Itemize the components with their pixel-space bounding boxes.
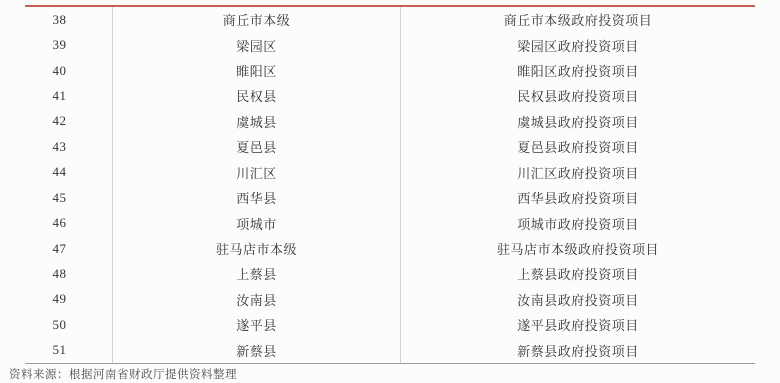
region-cell: 民权县 — [112, 83, 400, 108]
row-number-cell: 38 — [25, 12, 112, 28]
region-cell: 汝南县 — [112, 287, 400, 312]
region-cell: 梁园区 — [112, 32, 400, 57]
row-number-cell: 51 — [25, 342, 112, 358]
region-cell: 遂平县 — [112, 312, 400, 337]
table-row: 41 民权县 民权县政府投资项目 — [25, 83, 755, 108]
project-cell: 西华县政府投资项目 — [400, 185, 755, 210]
table-row: 43 夏邑县 夏邑县政府投资项目 — [25, 134, 755, 159]
table-row: 45 西华县 西华县政府投资项目 — [25, 185, 755, 210]
project-cell: 川汇区政府投资项目 — [400, 160, 755, 185]
project-cell: 虞城县政府投资项目 — [400, 109, 755, 134]
table-row: 50 遂平县 遂平县政府投资项目 — [25, 312, 755, 337]
region-cell: 驻马店市本级 — [112, 236, 400, 261]
table-row: 42 虞城县 虞城县政府投资项目 — [25, 109, 755, 134]
row-number-cell: 41 — [25, 88, 112, 104]
project-cell: 梁园区政府投资项目 — [400, 32, 755, 57]
region-cell: 商丘市本级 — [112, 7, 400, 32]
row-number-cell: 49 — [25, 291, 112, 307]
region-cell: 睢阳区 — [112, 58, 400, 83]
project-cell: 项城市政府投资项目 — [400, 210, 755, 235]
table-row: 38 商丘市本级 商丘市本级政府投资项目 — [25, 7, 755, 32]
row-number-cell: 43 — [25, 139, 112, 155]
region-cell: 川汇区 — [112, 160, 400, 185]
investment-project-table: 38 商丘市本级 商丘市本级政府投资项目 39 梁园区 梁园区政府投资项目 40… — [25, 5, 755, 364]
region-cell: 虞城县 — [112, 109, 400, 134]
row-number-cell: 50 — [25, 317, 112, 333]
source-note: 资料来源：根据河南省财政厅提供资料整理 — [9, 366, 237, 382]
row-number-cell: 39 — [25, 37, 112, 53]
project-cell: 驻马店市本级政府投资项目 — [400, 236, 755, 261]
project-cell: 上蔡县政府投资项目 — [400, 261, 755, 286]
table-row: 44 川汇区 川汇区政府投资项目 — [25, 160, 755, 185]
region-cell: 夏邑县 — [112, 134, 400, 159]
project-cell: 夏邑县政府投资项目 — [400, 134, 755, 159]
row-number-cell: 46 — [25, 215, 112, 231]
table-row: 48 上蔡县 上蔡县政府投资项目 — [25, 261, 755, 286]
table-row: 40 睢阳区 睢阳区政府投资项目 — [25, 58, 755, 83]
table-bottom-rule — [25, 363, 755, 364]
region-cell: 新蔡县 — [112, 337, 400, 362]
region-cell: 项城市 — [112, 210, 400, 235]
row-number-cell: 44 — [25, 164, 112, 180]
table-row: 51 新蔡县 新蔡县政府投资项目 — [25, 337, 755, 362]
row-number-cell: 45 — [25, 190, 112, 206]
project-cell: 汝南县政府投资项目 — [400, 287, 755, 312]
row-number-cell: 42 — [25, 113, 112, 129]
region-cell: 上蔡县 — [112, 261, 400, 286]
table-row: 39 梁园区 梁园区政府投资项目 — [25, 32, 755, 57]
project-cell: 遂平县政府投资项目 — [400, 312, 755, 337]
row-number-cell: 48 — [25, 266, 112, 282]
table-row: 46 项城市 项城市政府投资项目 — [25, 210, 755, 235]
table-body: 38 商丘市本级 商丘市本级政府投资项目 39 梁园区 梁园区政府投资项目 40… — [25, 7, 755, 363]
project-cell: 商丘市本级政府投资项目 — [400, 7, 755, 32]
row-number-cell: 47 — [25, 241, 112, 257]
project-cell: 民权县政府投资项目 — [400, 83, 755, 108]
table-row: 47 驻马店市本级 驻马店市本级政府投资项目 — [25, 236, 755, 261]
row-number-cell: 40 — [25, 63, 112, 79]
table-row: 49 汝南县 汝南县政府投资项目 — [25, 287, 755, 312]
project-cell: 新蔡县政府投资项目 — [400, 337, 755, 362]
project-cell: 睢阳区政府投资项目 — [400, 58, 755, 83]
region-cell: 西华县 — [112, 185, 400, 210]
